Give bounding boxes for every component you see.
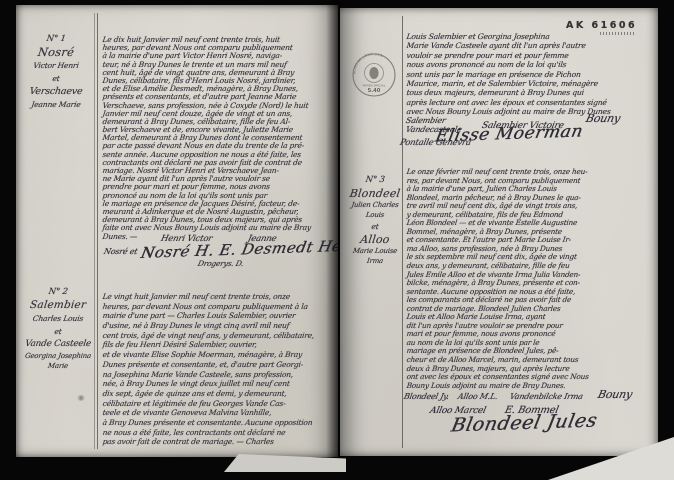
groom-firstnames: Charles Louis [16,312,101,325]
handwritten-text-line: d'usine, né à Bray Dunes le vingt cinq a… [102,321,337,331]
signature-act3-officer: Bouny [596,388,633,401]
signature-act3-bride: Alloo M.L. [457,392,499,401]
handwritten-text-line: Dunes présente et consentante, et, d'aut… [102,360,337,370]
handwritten-text-line: cent trois, âgé de vingt neuf ans, y dem… [102,331,337,341]
signature-act3-big: Blondeel Jules [449,409,599,436]
scanned-marriage-register: N° 1 Nosré Victor Henri et Verschaeve Je… [0,0,674,480]
act2-continuation-text: Louis Salembier et Georgina JosephinaMar… [406,32,654,117]
handwritten-text-line: célibataire et légitimée de feu Georges … [102,399,337,409]
handwritten-text-line: heures, par devant Nous ont comparu publ… [102,302,337,312]
bride-firstnames-2: Marie [16,361,101,371]
act3-body-text: Le onze février mil neuf cent trente tro… [406,168,654,390]
handwritten-text-line: après lecture ont avec les époux et cons… [406,98,655,107]
handwritten-text-line: dix sept, âgée de quinze ans et demi, y … [102,389,337,399]
handwritten-text-line: pas avoir fait de contrat de mariage. — … [102,437,337,447]
bride-surname: Vande Casteele [16,338,101,351]
handwritten-text-line: mairie d'une part — Charles Louis Salemb… [102,311,337,321]
handwritten-text-line: Le vingt huit Janvier mil neuf cent tren… [102,292,337,302]
handwritten-text-line: et de vivante Elise Sophie Moerman, ména… [102,350,337,360]
signature-act3-mother-bride: Vandenbilcke Irma [509,392,584,401]
handwritten-text-line: nous avons prononcé au nom de la loi qu'… [406,60,655,69]
handwritten-text-line: vouloir se prendre pour mari et pour fem… [406,51,655,60]
et-label: et [343,220,407,233]
ink-blot [76,395,86,401]
left-page-margin-rule [97,13,98,449]
handwritten-text-line: à Bray Dunes présente et consentante. Au… [102,418,337,428]
serial-number-stamp: AK 61606 [566,20,637,31]
profile-head-icon [369,67,378,79]
et-label: et [16,325,101,338]
handwritten-text-line: sont unis par le mariage en présence de … [406,70,655,79]
handwritten-text-line: née, à Bray Dunes le vingt deux juillet … [102,379,337,389]
signature-act2-groom: Salembier [405,116,447,125]
groom-firstnames: Julien Charles [343,200,406,210]
handwritten-text-line: tous deux majeurs, demeurant à Bray Dune… [406,88,655,97]
bride-firstnames: Marie Louise [343,246,406,256]
act-number: N° 2 [16,286,101,299]
bride-firstnames: Jeanne Marie [19,98,93,111]
handwritten-text-line: fils de feu Henri Désiré Salembier, ouvr… [102,340,337,350]
stamp-value: 5.40 [368,88,381,94]
handwritten-text-line: ne nous a été faite, les contractants on… [102,428,337,438]
round-revenue-stamp: ACTES DE L'ÉTAT CIVIL PAPIER SPÉCIAL 5.4… [351,52,397,98]
signature-act2-big: Elisse Moerman [433,121,584,146]
handwritten-text-line: na Josephina Marie Vande Casteele, sans … [102,370,337,380]
groom-surname: Salembier [16,299,101,312]
groom-firstnames: Victor Henri [19,59,93,72]
act2-body-text: Le vingt huit Janvier mil neuf cent tren… [102,292,336,447]
signature-act1-witness: Drogerys. D. [197,259,245,268]
handwritten-text-line: Marie Vande Casteele ayant dit l'un aprè… [406,41,655,50]
stamp-arc-text: ACTES DE L'ÉTAT CIVIL [352,52,383,74]
margin-note-act1: N° 1 Nosré Victor Henri et Verschaeve Je… [20,33,92,111]
signature-act2-officer: Bouny [584,112,621,125]
handwritten-text-line: teele et de vivante Genoveva Malvina Van… [102,408,337,418]
bride-firstnames: Georgina Josephina [16,351,101,361]
act-number: N° 3 [343,174,407,187]
serial-stamp-subtext [600,32,636,35]
margin-note-act3: N° 3 Blondeel Julien Charles Louis et Al… [344,174,406,266]
handwritten-text-line: Maurice, marin, et de Salembier Victoire… [406,79,655,88]
bride-surname: Alloo [343,233,407,246]
signature-act1-note: Nosré et [103,247,138,256]
act1-body-text: Le dix huit Janvier mil neuf cent trente… [102,36,336,241]
et-label: et [19,72,93,85]
margin-note-act2: N° 2 Salembier Charles Louis et Vande Ca… [16,286,100,371]
signature-act3-groom: Blondeel Jy. [403,392,450,401]
bride-firstnames-2: Irma [343,256,406,266]
stamp-label: PAPIER SPÉCIAL [363,83,386,88]
groom-firstnames-2: Louis [343,210,406,220]
groom-surname: Blondeel [343,187,407,200]
left-page: N° 1 Nosré Victor Henri et Verschaeve Je… [16,5,338,457]
groom-surname: Nosré [19,46,93,59]
bride-surname: Verschaeve [19,85,93,98]
